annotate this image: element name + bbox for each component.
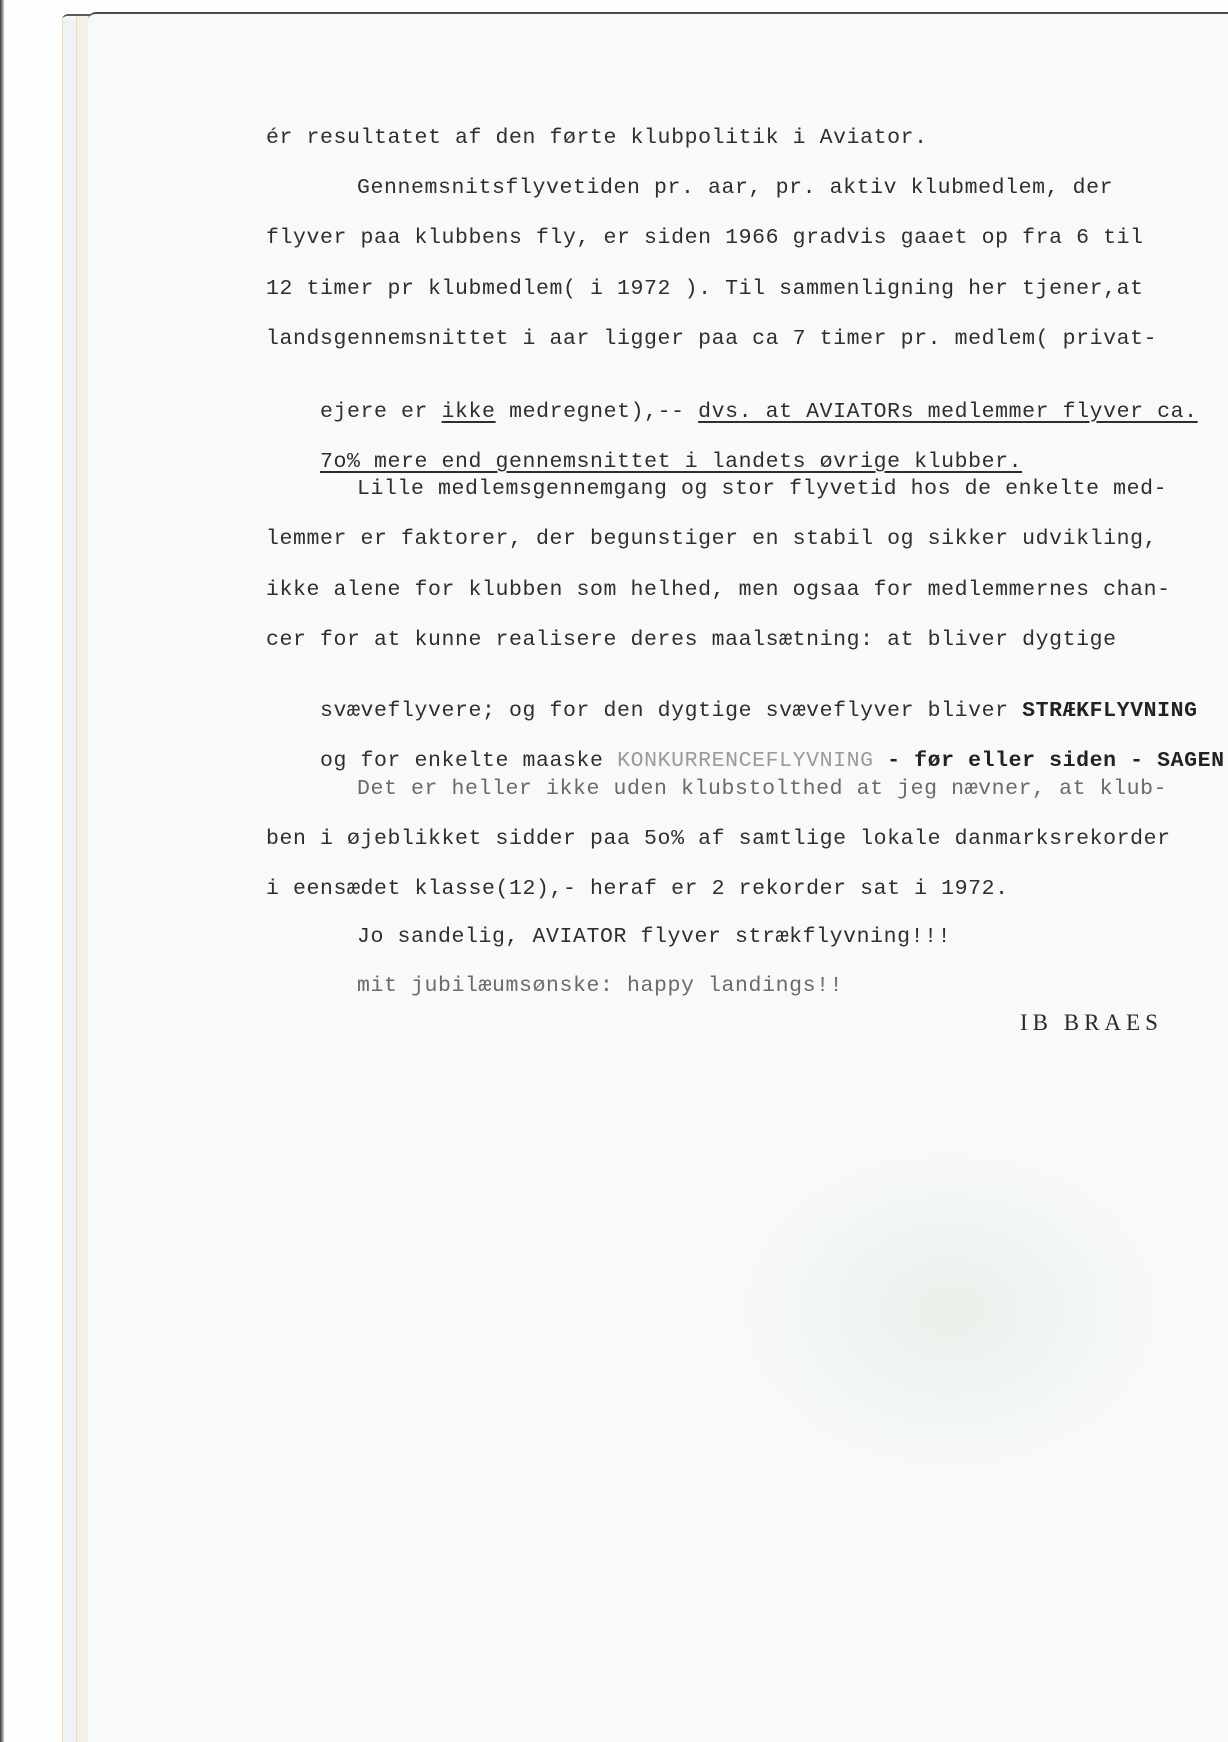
- closing-line: Jo sandelig, AVIATOR flyver strækflyvnin…: [357, 927, 951, 949]
- faded-caps: KONKURRENCEFLYVNING: [617, 749, 874, 773]
- paragraph-start-line: Gennemsnitsflyvetiden pr. aar, pr. aktiv…: [357, 178, 1113, 200]
- text-line: 12 timer pr klubmedlem( i 1972 ). Til sa…: [266, 279, 1144, 301]
- text-segment: og for enkelte maaske: [320, 749, 617, 773]
- scanner-edge: [0, 0, 4, 1742]
- text-line: cer for at kunne realisere deres maalsæt…: [266, 630, 1117, 652]
- text-segment: medregnet),--: [496, 400, 699, 424]
- text-segment: - før eller siden - SAGEN: [874, 749, 1225, 773]
- paragraph-start-line: Lille medlemsgennemgang og stor flyvetid…: [357, 479, 1167, 501]
- underlined-emphasis: dvs. at AVIATORs medlemmer flyver ca.: [698, 400, 1198, 424]
- text-line: ér resultatet af den førte klubpolitik i…: [266, 128, 928, 150]
- text-segment: svæveflyvere; og for den dygtige svævefl…: [320, 699, 1022, 723]
- signature: IB BRAES: [1020, 1010, 1163, 1036]
- underlined-emphasis: ikke: [442, 400, 496, 424]
- text-segment: ejere er: [320, 400, 442, 424]
- text-line: i eensædet klasse(12),- heraf er 2 rekor…: [266, 879, 1009, 901]
- text-line: ikke alene for klubben som helhed, men o…: [266, 580, 1171, 602]
- paragraph-start-line: Det er heller ikke uden klubstolthed at …: [357, 779, 1167, 801]
- text-line: lemmer er faktorer, der begunstiger en s…: [266, 529, 1157, 551]
- text-line: landsgennemsnittet i aar ligger paa ca 7…: [266, 329, 1157, 351]
- text-line: ben i øjeblikket sidder paa 5o% af samtl…: [266, 829, 1171, 851]
- emphasis-caps: STRÆKFLYVNING: [1022, 699, 1198, 723]
- text-line: flyver paa klubbens fly, er siden 1966 g…: [266, 228, 1144, 250]
- underlined-emphasis: 7o% mere end gennemsnittet i landets øvr…: [320, 450, 1022, 474]
- closing-wish: mit jubilæumsønske: happy landings!!: [357, 976, 843, 998]
